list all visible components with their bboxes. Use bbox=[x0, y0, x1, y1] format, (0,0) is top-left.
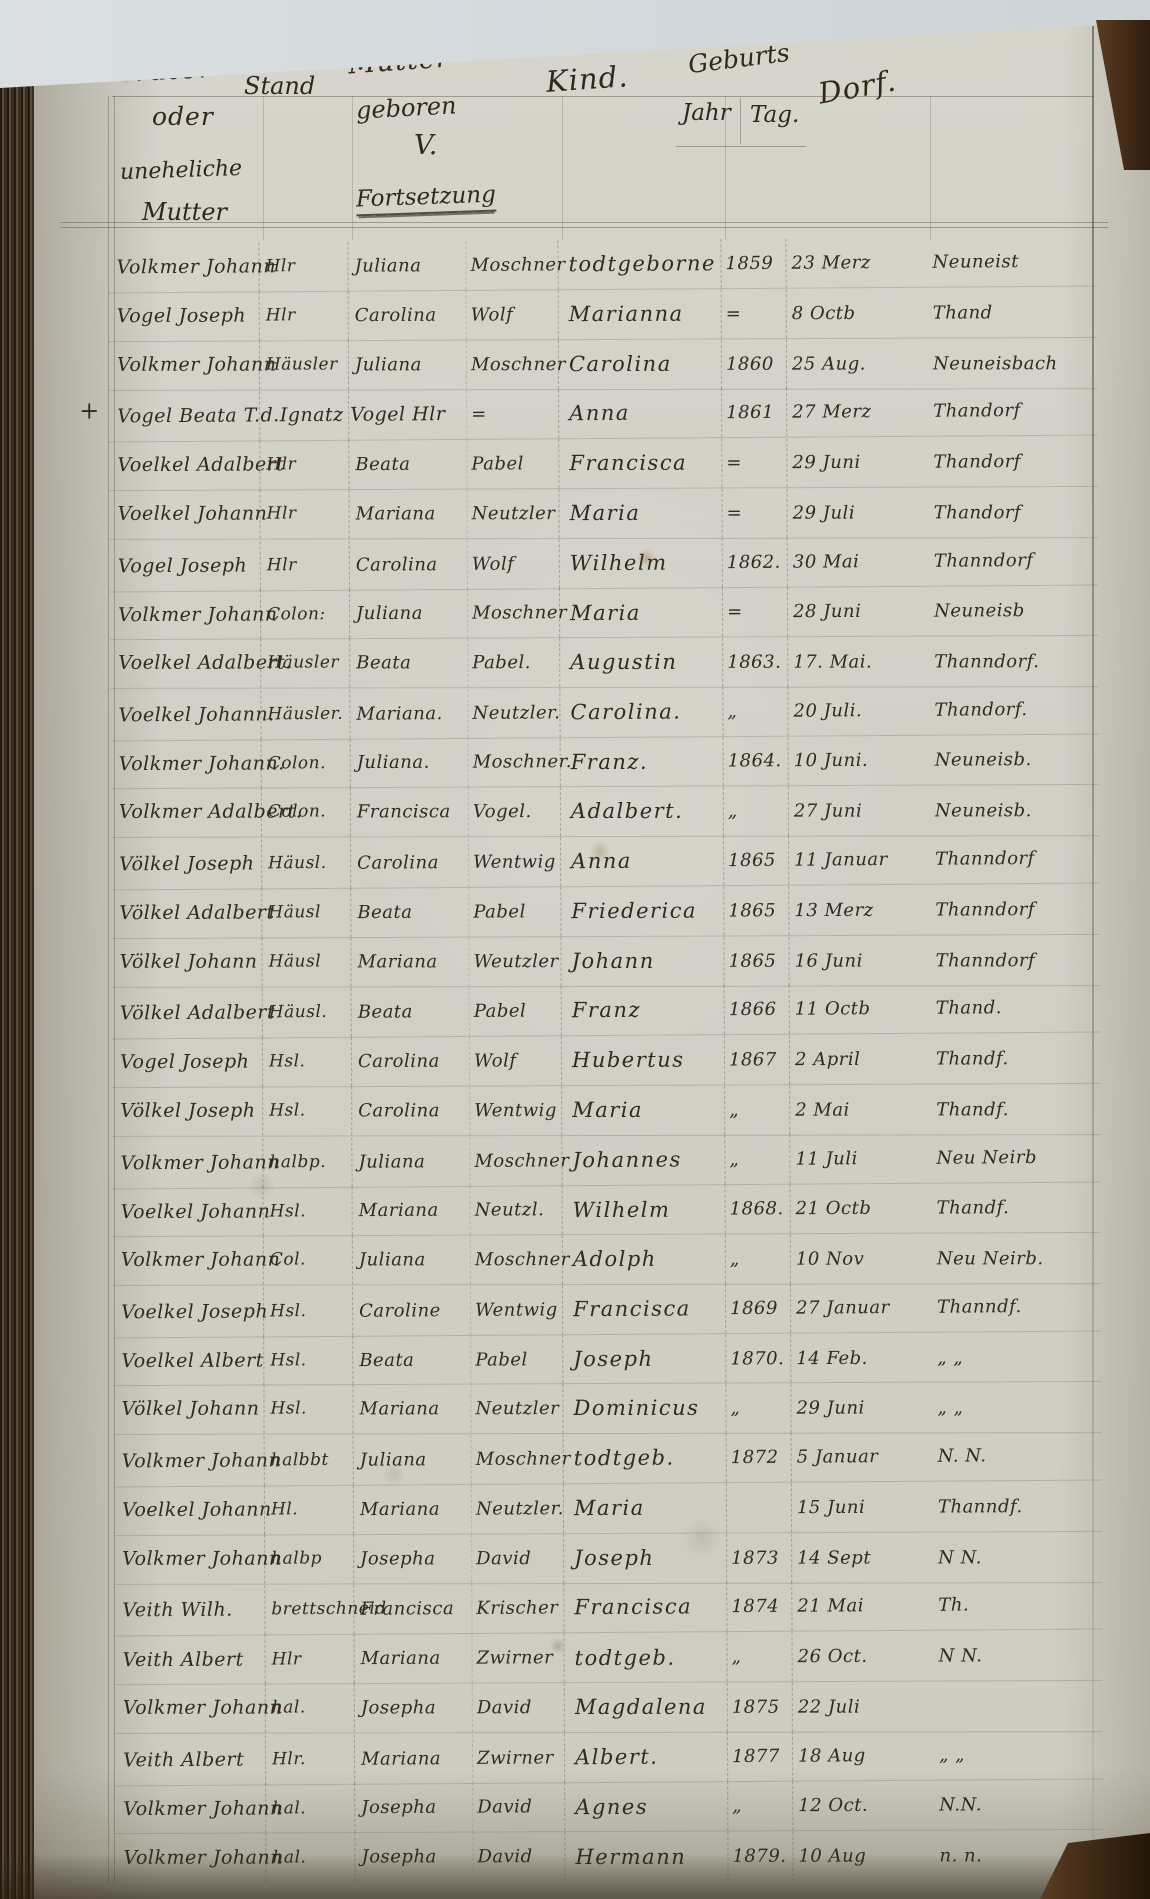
cell-mother-surname: Neutzler bbox=[468, 489, 560, 538]
cell-father-name: Völkel Johann bbox=[112, 937, 263, 986]
cell-birth-year: 1877 bbox=[728, 1731, 793, 1780]
cell-stand: Häusl. bbox=[262, 839, 351, 888]
cell-village: Thandf. bbox=[930, 1085, 1100, 1134]
cell-father-name: Vogel Joseph bbox=[109, 291, 260, 340]
cell-mother-surname: David bbox=[473, 1832, 565, 1882]
cell-mother-surname: Pabel. bbox=[468, 638, 560, 687]
cell-birth-year: 1865 bbox=[724, 836, 789, 885]
jahr-tag-underline bbox=[676, 146, 806, 147]
cell-mother-given: Juliana bbox=[350, 589, 468, 638]
cell-birth-year: 1860 bbox=[722, 339, 787, 388]
section-numeral: V. bbox=[414, 130, 437, 161]
cell-mother-surname: Wolf bbox=[468, 539, 560, 588]
cell-father-name: Volkmer Johann bbox=[114, 1437, 265, 1487]
cell-stand: brettschneid bbox=[265, 1585, 354, 1634]
cell-mother-given: Juliana bbox=[349, 340, 467, 389]
column-rule-stand bbox=[263, 96, 264, 240]
cell-village: Thanndorf bbox=[928, 535, 1098, 585]
register-table: Volkmer Johann Hlr Juliana Moschner todt… bbox=[108, 238, 1103, 1884]
header-rule-2 bbox=[60, 227, 1108, 228]
cell-father-name: Volkmer Johann. bbox=[111, 739, 262, 788]
cell-village: Thanndorf bbox=[929, 834, 1099, 884]
cell-birth-day: 2 April bbox=[790, 1035, 930, 1084]
cell-child-name: Albert. bbox=[565, 1732, 728, 1782]
cell-child-name: Maria bbox=[564, 1483, 727, 1532]
cell-village: N N. bbox=[932, 1631, 1102, 1681]
table-row: Volkmer Johann. Colon. Juliana. Moschner… bbox=[111, 735, 1099, 789]
cell-child-name: Anna bbox=[561, 836, 724, 886]
cell-stand: Häusl. bbox=[263, 988, 352, 1037]
table-row: Voelkel Adalbert Hlr Beata Pabel Francis… bbox=[109, 437, 1097, 491]
cell-father-name: Völkel Joseph bbox=[111, 839, 262, 889]
cell-mother-given: Beata bbox=[352, 987, 470, 1037]
cell-birth-day: 30 Mai bbox=[788, 536, 928, 586]
cell-father-name: Veith Albert bbox=[115, 1635, 266, 1684]
cell-village: N N. bbox=[932, 1533, 1102, 1582]
table-row: Vogel Joseph Hsl. Carolina Wolf Hubertus… bbox=[112, 1034, 1100, 1088]
cell-mother-surname: Weutzler bbox=[470, 937, 562, 986]
cell-birth-year: 1873 bbox=[727, 1533, 792, 1582]
cell-birth-day: 28 Juni bbox=[788, 587, 928, 636]
table-row: Volkmer Johann Häusler Juliana Moschner … bbox=[109, 339, 1097, 390]
cell-village: Thanndorf bbox=[929, 885, 1099, 934]
cell-birth-year: „ bbox=[724, 787, 789, 836]
cell-mother-surname: Moschner bbox=[471, 1235, 563, 1284]
header-child: Kind. bbox=[545, 59, 630, 99]
cell-mother-surname: Moschner bbox=[468, 588, 560, 637]
cell-child-name: Maria bbox=[560, 588, 723, 637]
cell-village: Thanndf. bbox=[932, 1482, 1102, 1531]
cell-mother-given: Josepha bbox=[355, 1683, 473, 1732]
cell-birth-day: 13 Merz bbox=[789, 885, 929, 934]
cell-child-name: Adalbert. bbox=[561, 787, 724, 836]
cell-birth-day: 21 Octb bbox=[791, 1184, 931, 1233]
table-row: Völkel Joseph Häusl. Carolina Wentwig An… bbox=[111, 834, 1099, 891]
cell-stand: Hlr bbox=[259, 242, 348, 291]
cell-birth-year: „ bbox=[726, 1235, 791, 1284]
cell-birth-year: 1875 bbox=[728, 1683, 793, 1732]
cell-birth-year: 1872 bbox=[727, 1433, 792, 1482]
cell-village: N.N. bbox=[933, 1780, 1103, 1829]
cell-birth-year: 1869 bbox=[726, 1284, 791, 1333]
cell-stand: Hlr bbox=[265, 1634, 354, 1683]
cell-mother-given: Juliana bbox=[348, 241, 466, 291]
cell-child-name: Adolph bbox=[563, 1235, 726, 1284]
cell-mother-surname: Vogel. bbox=[469, 787, 561, 836]
cell-birth-day: 29 Juni bbox=[787, 438, 927, 487]
table-row: Volkmer Johann halbp. Juliana Moschner J… bbox=[112, 1132, 1100, 1189]
table-row: Voelkel Albert Hsl. Beata Pabel Joseph 1… bbox=[113, 1332, 1101, 1386]
cell-stand: Häusl bbox=[262, 888, 351, 937]
section-title: Fortsetzung bbox=[356, 182, 497, 217]
cell-mother-given: Mariana bbox=[350, 489, 468, 538]
cell-birth-day: 10 Aug bbox=[793, 1832, 933, 1882]
cell-father-name: Volkmer Johann bbox=[109, 340, 260, 389]
table-row: Vogel Joseph Hlr Carolina Wolf Wilhelm 1… bbox=[110, 535, 1098, 592]
cell-mother-surname: Moschner bbox=[472, 1434, 564, 1483]
cell-birth-day: 11 Octb bbox=[790, 984, 930, 1034]
cell-birth-day: 10 Juni. bbox=[789, 736, 929, 785]
cell-mother-surname: Neutzler bbox=[471, 1384, 563, 1433]
cell-village: Neuneist bbox=[926, 237, 1096, 287]
cell-birth-year: „ bbox=[728, 1782, 793, 1831]
header-birth-day: Tag. bbox=[750, 102, 799, 128]
cell-village: „ „ bbox=[931, 1384, 1101, 1433]
cell-stand: Hlr bbox=[261, 489, 350, 538]
cell-father-name: Vogel Beata T.d.Ignatz Vogel Hlr bbox=[109, 392, 260, 442]
cell-birth-day: 21 Mai bbox=[792, 1581, 932, 1631]
table-row: Voelkel Johann Hl. Mariana Neutzler. Mar… bbox=[114, 1482, 1102, 1536]
cell-mother-given: Mariana bbox=[353, 1186, 471, 1235]
cell-stand: hal. bbox=[266, 1784, 355, 1833]
cell-child-name: Wilhelm bbox=[563, 1185, 726, 1234]
cell-birth-day: 12 Oct. bbox=[793, 1781, 933, 1830]
cell-child-name: Franz bbox=[562, 986, 725, 1036]
table-row: Voelkel Johann Hlr Mariana Neutzler Mari… bbox=[110, 488, 1098, 539]
cell-mother-given: Mariana bbox=[354, 1634, 472, 1683]
cell-stand: Hsl. bbox=[263, 1037, 352, 1086]
cell-birth-year: „ bbox=[726, 1384, 791, 1433]
cell-child-name: Agnes bbox=[565, 1782, 728, 1831]
cell-birth-year: 1863. bbox=[723, 638, 788, 687]
jahr-tag-divider bbox=[740, 98, 741, 144]
cell-mother-surname: Neutzler. bbox=[468, 688, 560, 737]
header-mother-line2: geboren bbox=[355, 91, 457, 124]
cell-birth-day: 29 Juli bbox=[788, 488, 928, 537]
cell-child-name: todtgeb. bbox=[564, 1433, 727, 1483]
table-row: Volkmer Johann hal. Josepha David Herman… bbox=[115, 1831, 1103, 1882]
table-row: Völkel Johann Häusl Mariana Weutzler Joh… bbox=[112, 936, 1100, 987]
cell-birth-year: „ bbox=[727, 1632, 792, 1681]
cell-birth-day: 18 Aug bbox=[793, 1730, 933, 1780]
cell-village: Neuneisb. bbox=[929, 735, 1099, 785]
cell-mother-given: Juliana bbox=[354, 1435, 472, 1485]
cell-mother-given: Juliana bbox=[353, 1235, 471, 1284]
cell-child-name: Hubertus bbox=[562, 1036, 725, 1085]
cell-child-name: Magdalena bbox=[565, 1683, 728, 1732]
cell-mother-given: Carolina bbox=[352, 1037, 470, 1086]
cell-stand: hal. bbox=[266, 1833, 355, 1883]
cell-birth-day: 20 Juli. bbox=[788, 686, 928, 736]
cell-child-name: todtgeb. bbox=[564, 1633, 727, 1682]
cell-child-name: Francisca bbox=[563, 1284, 726, 1334]
cell-village: „ „ bbox=[933, 1729, 1103, 1779]
cell-father-name: Veith Albert bbox=[115, 1735, 266, 1785]
cell-stand: Hl. bbox=[265, 1485, 354, 1534]
cell-birth-day: 11 Januar bbox=[789, 835, 929, 885]
cell-father-name: Voelkel Adalbert bbox=[109, 441, 260, 490]
cell-birth-day: 15 Juni bbox=[792, 1483, 932, 1532]
cell-village: Neuneisb bbox=[928, 586, 1098, 635]
cell-mother-given: Mariana bbox=[355, 1734, 473, 1784]
column-rule-dorf bbox=[930, 96, 931, 240]
table-row: Völkel Adalbert Häusl. Beata Pabel Franz… bbox=[112, 983, 1100, 1040]
scanned-register-photo: Vater oder Stand Mutter geboren Kind. Ge… bbox=[0, 0, 1150, 1899]
cell-village: N. N. bbox=[932, 1431, 1102, 1481]
cell-mother-surname: Pabel bbox=[471, 1335, 563, 1384]
cell-mother-surname: Moschner bbox=[467, 340, 559, 389]
cell-mother-given: Mariana bbox=[352, 937, 470, 986]
cell-stand: Hlr bbox=[261, 540, 350, 589]
cell-village: Thandorf bbox=[927, 437, 1097, 487]
cell-father-name: Voelkel Johann. bbox=[110, 690, 261, 740]
cell-mother-surname: Pabel bbox=[467, 439, 559, 488]
cell-father-name: Voelkel Johann bbox=[113, 1187, 264, 1236]
cell-father-name: Volkmer Johann bbox=[112, 1138, 263, 1188]
table-row: Volkmer Johann hal. Josepha David Magdal… bbox=[115, 1682, 1103, 1733]
cell-father-name: Völkel Joseph bbox=[112, 1086, 263, 1135]
cell-stand: Häusler bbox=[260, 340, 349, 389]
cell-stand: Colon: bbox=[261, 589, 350, 638]
cell-child-name: Wilhelm bbox=[560, 538, 723, 588]
cell-village: Thandf. bbox=[931, 1183, 1101, 1232]
cell-stand: Hsl. bbox=[264, 1336, 353, 1385]
cell-father-name: Volkmer Johann bbox=[110, 590, 261, 639]
cell-mother-given: Mariana bbox=[354, 1485, 472, 1534]
cell-village: Neu Neirb bbox=[930, 1132, 1100, 1182]
cell-stand: Hlr bbox=[260, 440, 349, 489]
header-stand: Stand bbox=[244, 72, 315, 100]
cell-birth-day: 16 Juni bbox=[790, 936, 930, 985]
cell-birth-day: 26 Oct. bbox=[792, 1632, 932, 1681]
cell-mother-given: Mariana. bbox=[350, 689, 468, 739]
cell-birth-year: 1879. bbox=[728, 1832, 793, 1882]
cell-birth-day: 23 Merz bbox=[786, 238, 926, 288]
cell-child-name: Franz. bbox=[561, 737, 724, 786]
cell-mother-given: Beata bbox=[353, 1335, 471, 1384]
cell-child-name: Friederica bbox=[561, 886, 724, 935]
cell-child-name: Anna bbox=[559, 388, 722, 438]
cell-father-name: Volkmer Johann bbox=[108, 242, 259, 292]
cell-father-name: Völkel Adalbert bbox=[111, 888, 262, 937]
table-row: Veith Albert Hlr Mariana Zwirner todtgeb… bbox=[115, 1631, 1103, 1685]
cell-birth-year: 1874 bbox=[727, 1582, 792, 1631]
cell-mother-surname: Wentwig bbox=[471, 1285, 563, 1334]
cell-father-name: Volkmer Johann bbox=[115, 1833, 266, 1883]
cell-mother-given: Carolina bbox=[352, 1086, 470, 1135]
cell-stand bbox=[260, 391, 349, 440]
cell-mother-surname: Moschner bbox=[470, 1136, 562, 1185]
cell-stand: Hsl. bbox=[264, 1385, 353, 1434]
cell-birth-year: „ bbox=[725, 1086, 790, 1135]
table-row: Veith Wilh. brettschneid Francisca Krisc… bbox=[114, 1580, 1102, 1637]
cell-mother-given bbox=[349, 390, 467, 440]
cell-stand: halbp. bbox=[263, 1137, 352, 1186]
cell-child-name: Carolina. bbox=[560, 687, 723, 737]
cell-father-name: Voelkel Joseph bbox=[113, 1287, 264, 1337]
cell-mother-surname: Zwirner bbox=[473, 1733, 565, 1782]
cell-child-name: Dominicus bbox=[563, 1384, 726, 1433]
cell-father-name: Völkel Adalbert bbox=[112, 989, 263, 1039]
cell-birth-year: 1864. bbox=[724, 737, 789, 786]
cell-birth-year bbox=[727, 1483, 792, 1532]
cell-mother-given: Josepha bbox=[354, 1534, 472, 1583]
cell-birth-day: 27 Januar bbox=[791, 1283, 931, 1333]
cell-father-name: Vogel Joseph bbox=[112, 1038, 263, 1087]
cell-child-name: Augustin bbox=[560, 638, 723, 687]
cell-birth-year: = bbox=[723, 587, 788, 636]
cell-mother-surname: Wolf bbox=[470, 1036, 562, 1085]
cell-mother-surname: Moschner bbox=[466, 240, 558, 289]
cell-birth-day: 14 Feb. bbox=[791, 1333, 931, 1382]
cell-father-name: Volkmer Adalbert. bbox=[111, 788, 262, 837]
table-row: Volkmer Johann Col. Juliana Moschner Ado… bbox=[113, 1234, 1101, 1285]
cell-child-name: Joseph bbox=[564, 1533, 727, 1582]
cell-mother-surname: Zwirner bbox=[472, 1633, 564, 1682]
cell-village bbox=[933, 1682, 1103, 1731]
cell-birth-year: 1870. bbox=[726, 1334, 791, 1383]
cell-birth-year: 1867 bbox=[725, 1035, 790, 1084]
table-row: Voelkel Adalbert. Häusler Beata Pabel. A… bbox=[110, 637, 1098, 688]
cell-birth-day: 29 Juni bbox=[791, 1384, 931, 1433]
table-row: Volkmer Johann hal. Josepha David Agnes … bbox=[115, 1780, 1103, 1834]
cell-stand: Hlr bbox=[260, 291, 349, 340]
cell-village: Neuneisbach bbox=[927, 339, 1097, 388]
cell-child-name: Marianna bbox=[559, 289, 722, 338]
table-row: Vogel Joseph Hlr Carolina Wolf Marianna … bbox=[109, 288, 1097, 342]
cell-child-name: Maria bbox=[560, 489, 723, 538]
table-row: Völkel Adalbert Häusl Beata Pabel Friede… bbox=[111, 885, 1099, 939]
margin-cross-mark: + bbox=[79, 397, 99, 425]
cell-child-name: todtgeborne bbox=[558, 239, 721, 289]
cell-mother-surname: Moschner. bbox=[469, 738, 561, 787]
column-rule-mother bbox=[352, 96, 353, 240]
cell-mother-surname: David bbox=[473, 1783, 565, 1832]
cell-father-name: Veith Wilh. bbox=[114, 1586, 265, 1636]
cell-mother-surname: David bbox=[473, 1683, 565, 1732]
cell-birth-year: 1866 bbox=[725, 985, 790, 1034]
cell-mother-given: Beata bbox=[351, 887, 469, 936]
cell-birth-year: 1865 bbox=[725, 936, 790, 985]
cell-village: Thandorf bbox=[927, 386, 1097, 436]
cell-birth-day: 11 Juli bbox=[790, 1133, 930, 1183]
header-father-line2: oder bbox=[152, 102, 214, 131]
cell-birth-year: „ bbox=[723, 687, 788, 736]
table-row: Voelkel Johann. Häusler. Mariana. Neutzl… bbox=[110, 684, 1098, 741]
cell-birth-day: 27 Juni bbox=[789, 787, 929, 836]
cell-child-name: Francisca bbox=[559, 439, 722, 488]
cell-father-name: Voelkel Albert bbox=[113, 1336, 264, 1385]
cell-mother-given: Francisca bbox=[354, 1584, 472, 1634]
cell-mother-given: Carolina bbox=[349, 290, 467, 339]
cell-birth-year: 1861 bbox=[722, 388, 787, 437]
cell-father-name: Voelkel Johann bbox=[110, 489, 261, 538]
cell-father-name: Völkel Johann bbox=[113, 1385, 264, 1434]
cell-mother-given: Francisca bbox=[351, 788, 469, 837]
cell-father-name: Volkmer Johann bbox=[113, 1236, 264, 1285]
cell-stand: Häusler bbox=[261, 638, 350, 687]
table-row: Volkmer Johann halbp Josepha David Josep… bbox=[114, 1533, 1102, 1584]
cell-father-name: Vogel Joseph bbox=[110, 541, 261, 591]
table-row: Volkmer Johann Hlr Juliana Moschner todt… bbox=[108, 237, 1096, 294]
cell-village: Thanndf. bbox=[931, 1281, 1101, 1331]
cell-child-name: Johannes bbox=[562, 1135, 725, 1185]
table-row: Voelkel Johann Hsl. Mariana Neutzl. Wilh… bbox=[113, 1183, 1101, 1237]
cell-mother-given: Josepha bbox=[355, 1832, 473, 1882]
cell-birth-year: = bbox=[722, 289, 787, 338]
cell-birth-year: 1862. bbox=[723, 537, 788, 586]
cell-mother-given: Carolina bbox=[350, 539, 468, 589]
cell-stand: Hsl. bbox=[264, 1287, 353, 1336]
cell-mother-given: Juliana. bbox=[351, 738, 469, 787]
cell-birth-year: = bbox=[723, 488, 788, 537]
cell-child-name: Maria bbox=[562, 1086, 725, 1135]
cell-mother-surname: Wentwig bbox=[470, 1086, 562, 1135]
cell-stand: Hlr. bbox=[266, 1734, 355, 1783]
cell-stand: Colon. bbox=[262, 788, 351, 837]
cell-birth-year: = bbox=[722, 438, 787, 487]
cell-child-name: Joseph bbox=[563, 1334, 726, 1383]
cell-stand: Häusl bbox=[263, 937, 352, 986]
cell-stand: hal. bbox=[266, 1683, 355, 1732]
cell-father-name: Volkmer Johann bbox=[114, 1534, 265, 1583]
cell-birth-year: „ bbox=[725, 1134, 790, 1183]
cell-mother-surname: Krischer bbox=[472, 1584, 564, 1633]
cell-birth-day: 5 Januar bbox=[792, 1432, 932, 1482]
cell-child-name: Hermann bbox=[565, 1832, 728, 1882]
table-row: Volkmer Adalbert. Colon. Francisca Vogel… bbox=[111, 786, 1099, 837]
cell-mother-surname: Wolf bbox=[467, 290, 559, 339]
table-row: + Vogel Beata T.d.Ignatz Vogel Hlr = Ann… bbox=[109, 386, 1097, 443]
cell-father-name: Voelkel Johann bbox=[114, 1485, 265, 1534]
table-row: Volkmer Johann halbbt Juliana Moschner t… bbox=[114, 1431, 1102, 1488]
cell-birth-day: 14 Sept bbox=[792, 1533, 932, 1582]
cell-mother-surname: David bbox=[472, 1534, 564, 1583]
cell-birth-year: 1865 bbox=[724, 886, 789, 935]
cell-stand: Colon. bbox=[262, 739, 351, 788]
cell-mother-given: Beata bbox=[350, 638, 468, 687]
cell-mother-surname: = bbox=[467, 390, 559, 439]
cell-birth-day: 8 Octb bbox=[787, 288, 927, 337]
cell-stand: Hsl. bbox=[263, 1086, 352, 1135]
cell-village: „ „ bbox=[931, 1332, 1101, 1382]
cell-mother-surname: Pabel bbox=[470, 987, 562, 1036]
cell-birth-day: 10 Nov bbox=[791, 1235, 931, 1284]
cell-village: Thandf. bbox=[930, 1034, 1100, 1084]
cell-village: Neu Neirb. bbox=[931, 1234, 1101, 1283]
cell-village: Thanndorf. bbox=[928, 637, 1098, 686]
cell-village: Neuneisb. bbox=[929, 786, 1099, 835]
cell-village: Thandorf bbox=[928, 488, 1098, 537]
cell-birth-year: 1868. bbox=[726, 1185, 791, 1234]
table-row: Völkel Johann Hsl. Mariana Neutzler Domi… bbox=[113, 1384, 1101, 1435]
table-row: Veith Albert Hlr. Mariana Zwirner Albert… bbox=[115, 1729, 1103, 1786]
table-row: Volkmer Johann Colon: Juliana Moschner M… bbox=[110, 586, 1098, 640]
column-rule-kind bbox=[562, 96, 563, 240]
cell-mother-given: Beata bbox=[349, 440, 467, 489]
cell-mother-surname: Neutzl. bbox=[471, 1186, 563, 1235]
cell-mother-given: Carolina bbox=[351, 838, 469, 888]
cell-stand: Hsl. bbox=[264, 1186, 353, 1235]
cell-stand: Häusler. bbox=[261, 690, 350, 739]
cell-mother-given: Caroline bbox=[353, 1286, 471, 1336]
table-row: Voelkel Joseph Hsl. Caroline Wentwig Fra… bbox=[113, 1281, 1101, 1338]
cell-stand: halbbt bbox=[265, 1436, 354, 1485]
cell-mother-surname: Pabel bbox=[469, 887, 561, 936]
cell-birth-day: 27 Merz bbox=[787, 387, 927, 437]
cell-father-name: Voelkel Adalbert. bbox=[110, 639, 261, 688]
header-birth-year: Jahr bbox=[682, 100, 731, 126]
cell-birth-day: 2 Mai bbox=[790, 1085, 930, 1134]
cell-child-name: Johann bbox=[562, 936, 725, 985]
cell-child-name: Francisca bbox=[564, 1583, 727, 1633]
cell-village: Th. bbox=[932, 1580, 1102, 1630]
cell-mother-given: Josepha bbox=[355, 1783, 473, 1832]
subheader-unehelich: uneheliche bbox=[120, 156, 243, 185]
cell-mother-surname: Wentwig bbox=[469, 837, 561, 886]
cell-village: Thand. bbox=[930, 983, 1100, 1033]
cell-birth-day: 22 Juli bbox=[793, 1682, 933, 1731]
